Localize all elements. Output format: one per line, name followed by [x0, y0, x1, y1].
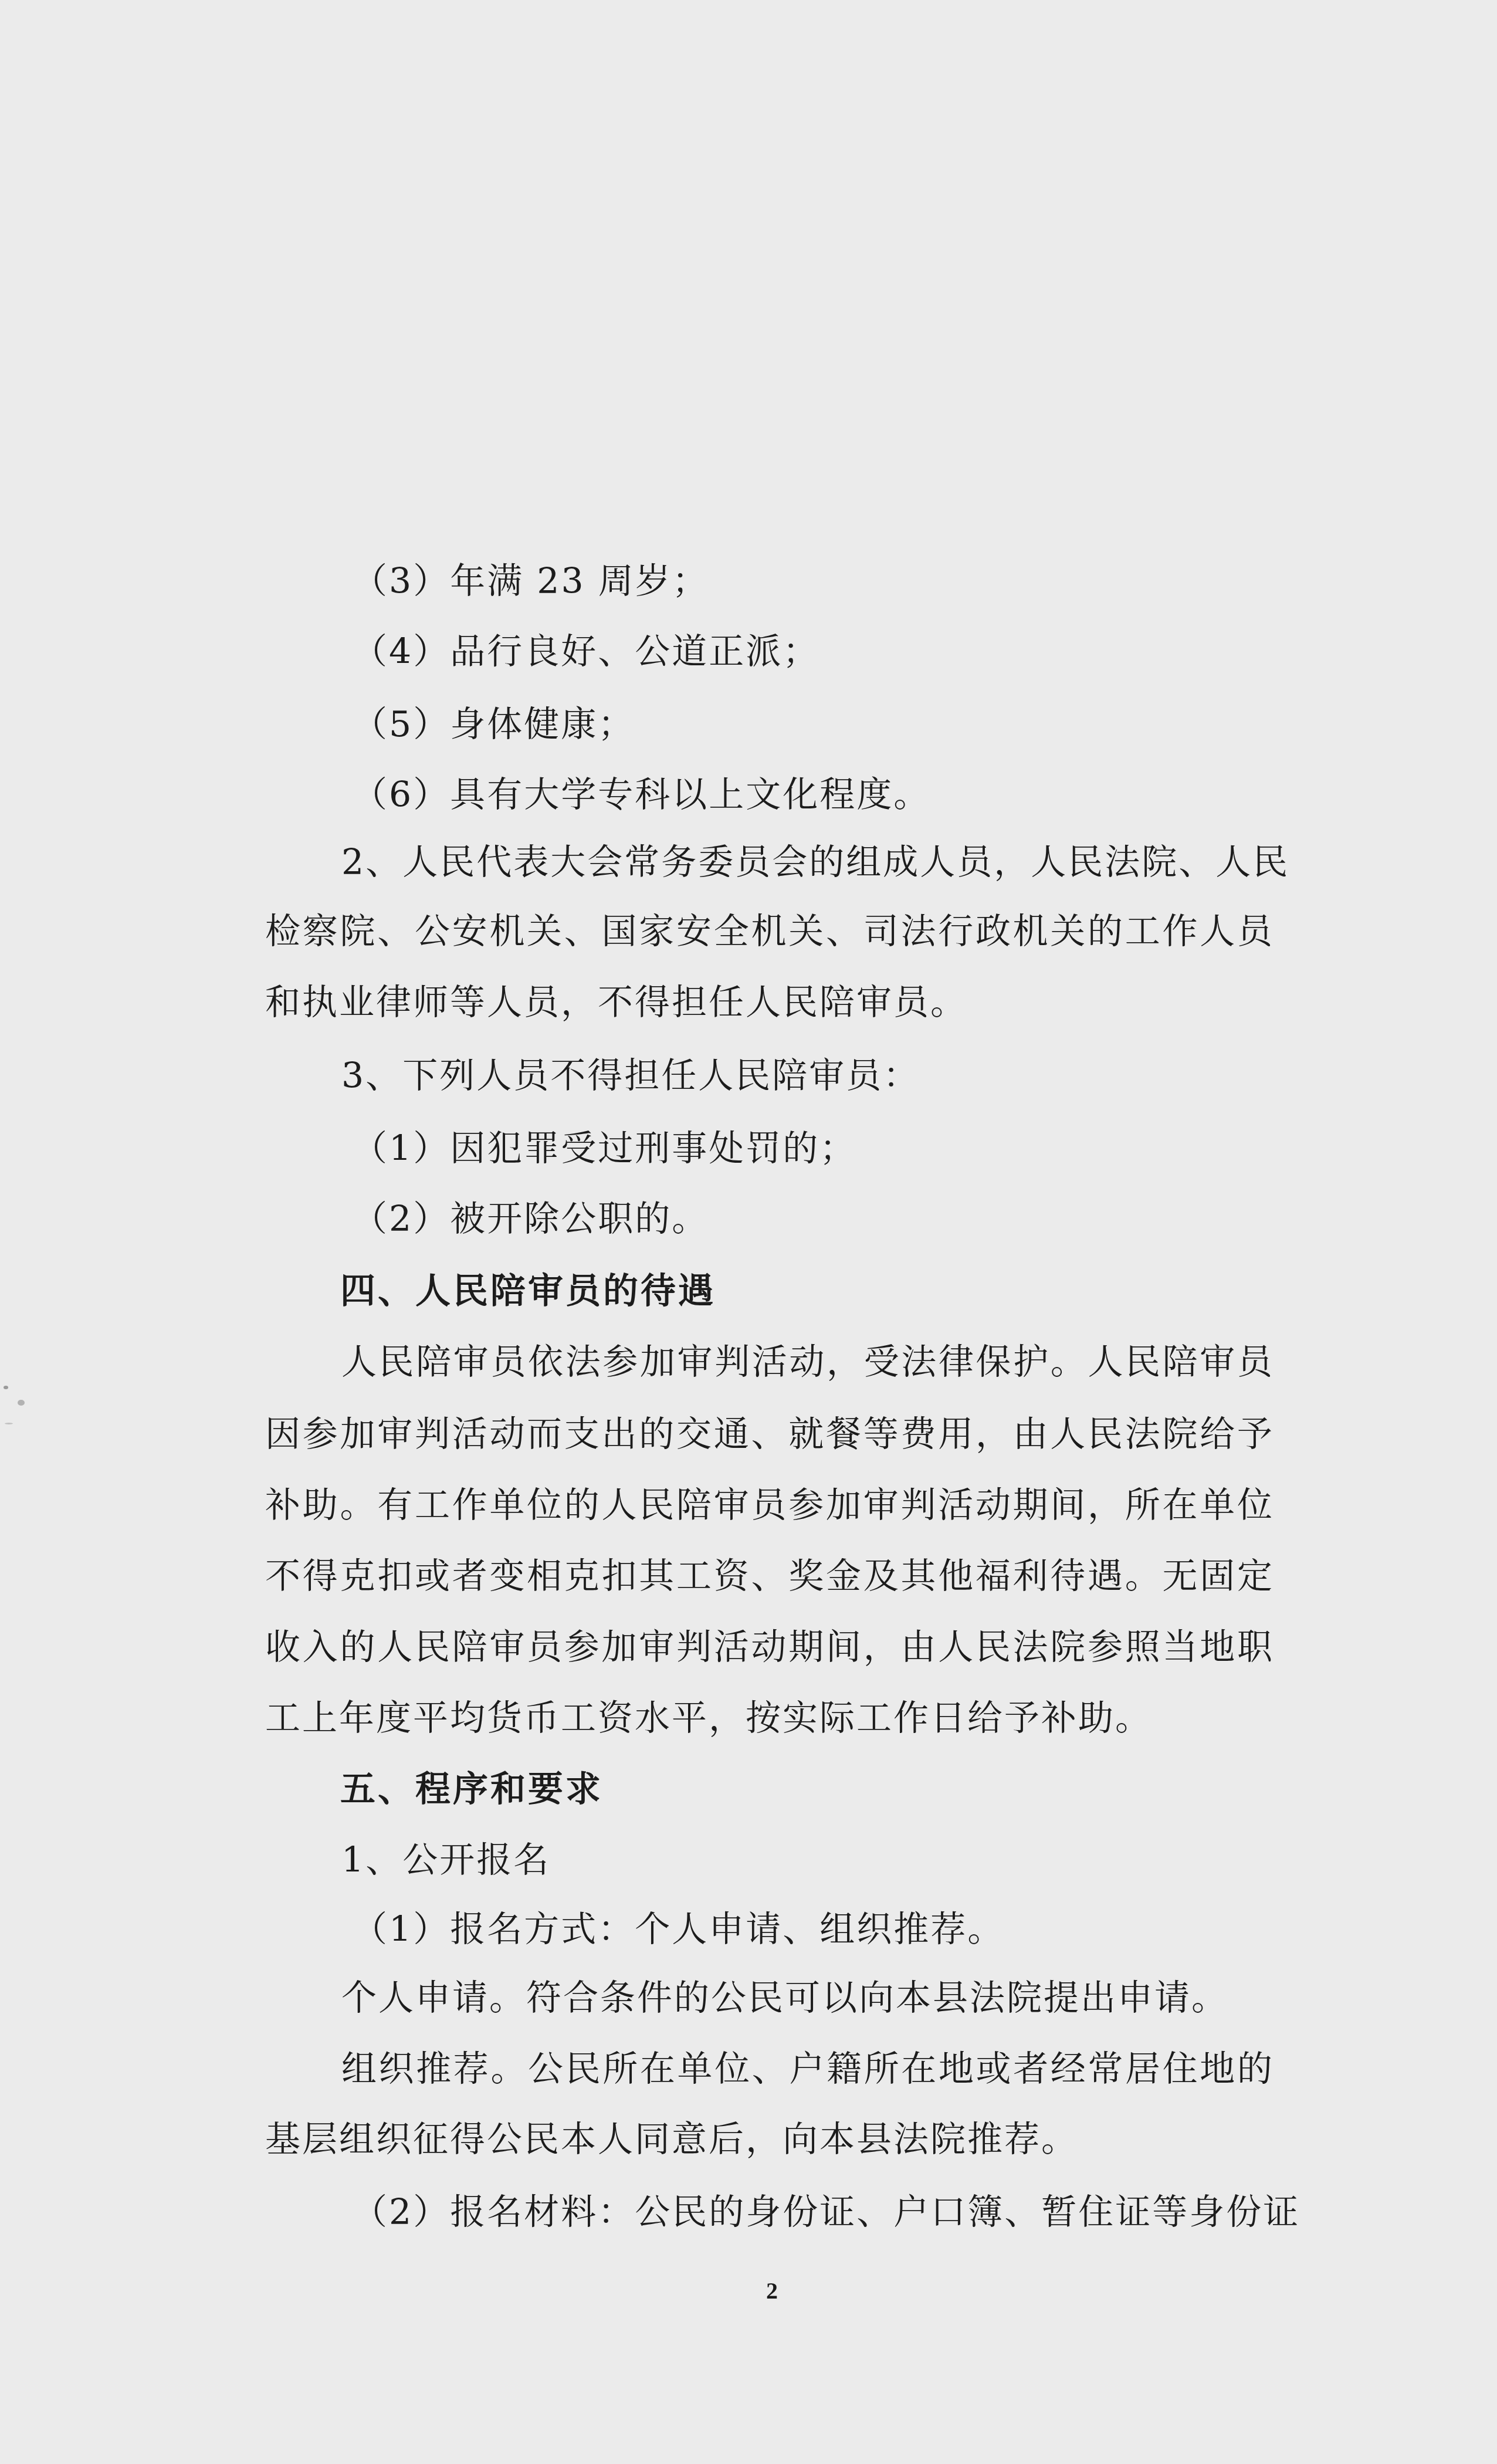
paragraph-3-intro: 3、下列人员不得担任人民陪审员： — [341, 1052, 920, 1099]
paragraph-2-line-1: 2、人民代表大会常务委员会的组成人员，人民法院、人民 — [341, 839, 1274, 886]
section-heading-benefits: 四、人民陪审员的待遇 — [340, 1268, 716, 1315]
benefits-line-6: 工上年度平均货币工资水平，按实际工作日给予补助。 — [265, 1695, 1152, 1742]
scan-speck — [18, 1400, 25, 1406]
paragraph-2-line-2: 检察院、公安机关、国家安全机关、司法行政机关的工作人员 — [265, 908, 1274, 955]
page-number: 2 — [760, 2276, 784, 2306]
section-heading-procedure: 五、程序和要求 — [340, 1766, 603, 1813]
paragraph-individual-application: 个人申请。符合条件的公民可以向本县法院提出申请。 — [341, 1975, 1228, 2022]
list-item-character: （4）品行良好、公道正派； — [352, 628, 819, 675]
scan-speck — [4, 1386, 8, 1389]
paragraph-org-recommendation-line-2: 基层组织征得公民本人同意后，向本县法院推荐。 — [265, 2116, 1078, 2163]
list-item-health: （5）身体健康； — [352, 701, 635, 748]
list-item-dismissed: （2）被开除公职的。 — [352, 1196, 709, 1243]
list-item-age: （3）年满 23 周岁； — [352, 558, 709, 605]
subheading-registration: 1、公开报名 — [341, 1837, 550, 1884]
benefits-line-3: 补助。有工作单位的人民陪审员参加审判活动期间，所在单位 — [265, 1482, 1274, 1529]
paragraph-2-line-3: 和执业律师等人员，不得担任人民陪审员。 — [265, 979, 967, 1026]
benefits-line-4: 不得克扣或者变相克扣其工资、奖金及其他福利待遇。无固定 — [265, 1553, 1274, 1600]
benefits-line-5: 收入的人民陪审员参加审判活动期间，由人民法院参照当地职 — [265, 1624, 1274, 1671]
list-item-registration-materials: （2）报名材料：公民的身份证、户口簿、暂住证等身份证 — [352, 2189, 1273, 2236]
list-item-registration-method: （1）报名方式：个人申请、组织推荐。 — [352, 1906, 1004, 1953]
document-page: （3）年满 23 周岁； （4）品行良好、公道正派； （5）身体健康； （6）具… — [0, 0, 1497, 2464]
benefits-line-2: 因参加审判活动而支出的交通、就餐等费用，由人民法院给予 — [265, 1411, 1274, 1458]
benefits-line-1: 人民陪审员依法参加审判活动，受法律保护。人民陪审员 — [341, 1339, 1274, 1386]
scan-speck — [5, 1423, 13, 1424]
list-item-education: （6）具有大学专科以上文化程度。 — [352, 771, 930, 818]
list-item-criminal: （1）因犯罪受过刑事处罚的； — [352, 1125, 856, 1172]
paragraph-org-recommendation-line-1: 组织推荐。公民所在单位、户籍所在地或者经常居住地的 — [341, 2046, 1274, 2093]
